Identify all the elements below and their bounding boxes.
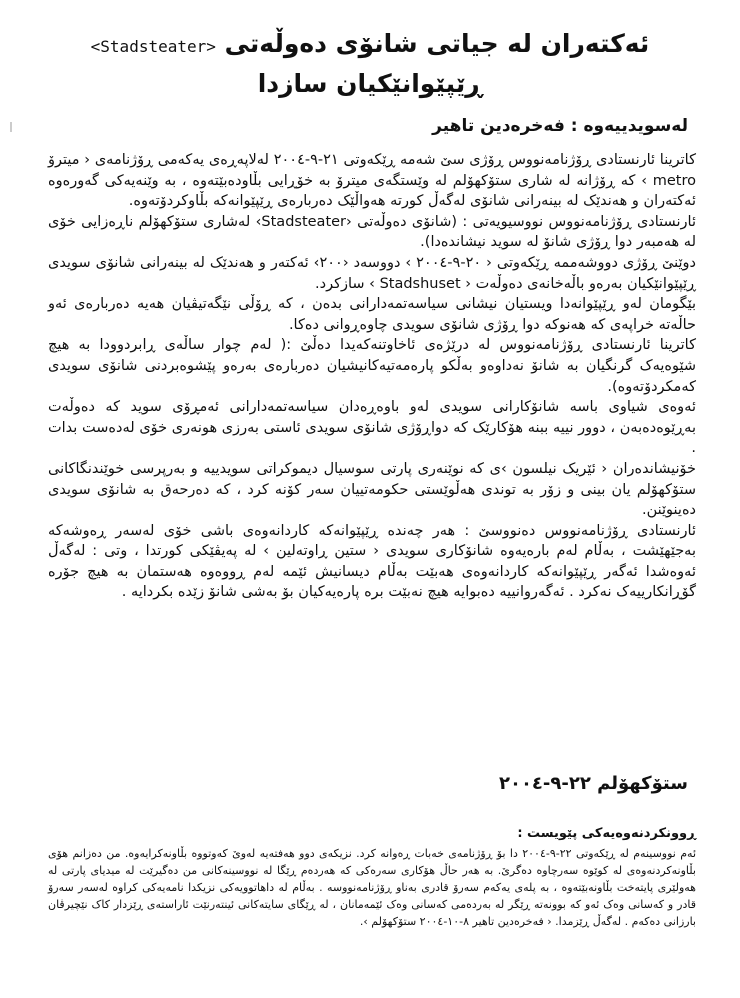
paragraph: دوێنێ ڕۆژی دووشەممە ڕێکەوتی ‹ ٢٠-٩-٢٠٠٤ … <box>48 253 696 294</box>
paragraph: ئارنستادی ڕۆژنامەنووس دەنووسێ : هەر چەند… <box>48 521 696 603</box>
scanned-article-page: <Stadsteater> ئەکتەران لە جیاتی شانۆی دە… <box>0 0 740 998</box>
title-kurdish-text: ئەکتەران لە جیاتی شانۆی دەوڵەتی <box>225 29 650 58</box>
paragraph: ئەوەی شیاوی باسە شانۆکارانی سویدی لەو با… <box>48 397 696 459</box>
paragraph: بێگومان لەو ڕێپێوانەدا ویستیان نیشانی سی… <box>48 294 696 335</box>
paragraph: کاترینا ئارنستادی ڕۆژنامەنووس ڕۆژی سێ شە… <box>48 150 696 212</box>
note-body: ئەم نووسینەم لە ڕێکەوتی ٢٢-٩-٢٠٠٤ دا بۆ … <box>48 845 696 930</box>
scan-artifact <box>10 122 12 132</box>
article-signoff: ستۆکهۆلم ٢٢-٩-٢٠٠٤ <box>48 772 688 796</box>
article-body: کاترینا ئارنستادی ڕۆژنامەنووس ڕۆژی سێ شە… <box>48 150 696 603</box>
note-title: ڕوونکردنەوەیەکی پێویست : <box>48 825 696 843</box>
paragraph: کاترینا ئارنستادی ڕۆژنامەنووس لە درێژەی … <box>48 335 696 397</box>
note-paragraph: ئەم نووسینەم لە ڕێکەوتی ٢٢-٩-٢٠٠٤ دا بۆ … <box>48 845 696 930</box>
byline: لەسویدییەوە : فەخرەدین تاهیر <box>48 116 688 136</box>
article-title-line2: ڕێپێوانێکیان سازدا <box>50 68 690 100</box>
title-latin-term: <Stadsteater> <box>91 37 216 56</box>
paragraph: ئارنستادی ڕۆژنامەنووس نووسیویەتی : (شانۆ… <box>48 212 696 253</box>
paragraph: خۆنیشاندەران ‹ ئێریک نیلسون ›ی کە نوێنەر… <box>48 459 696 521</box>
article-title-line1: <Stadsteater> ئەکتەران لە جیاتی شانۆی دە… <box>50 28 690 63</box>
